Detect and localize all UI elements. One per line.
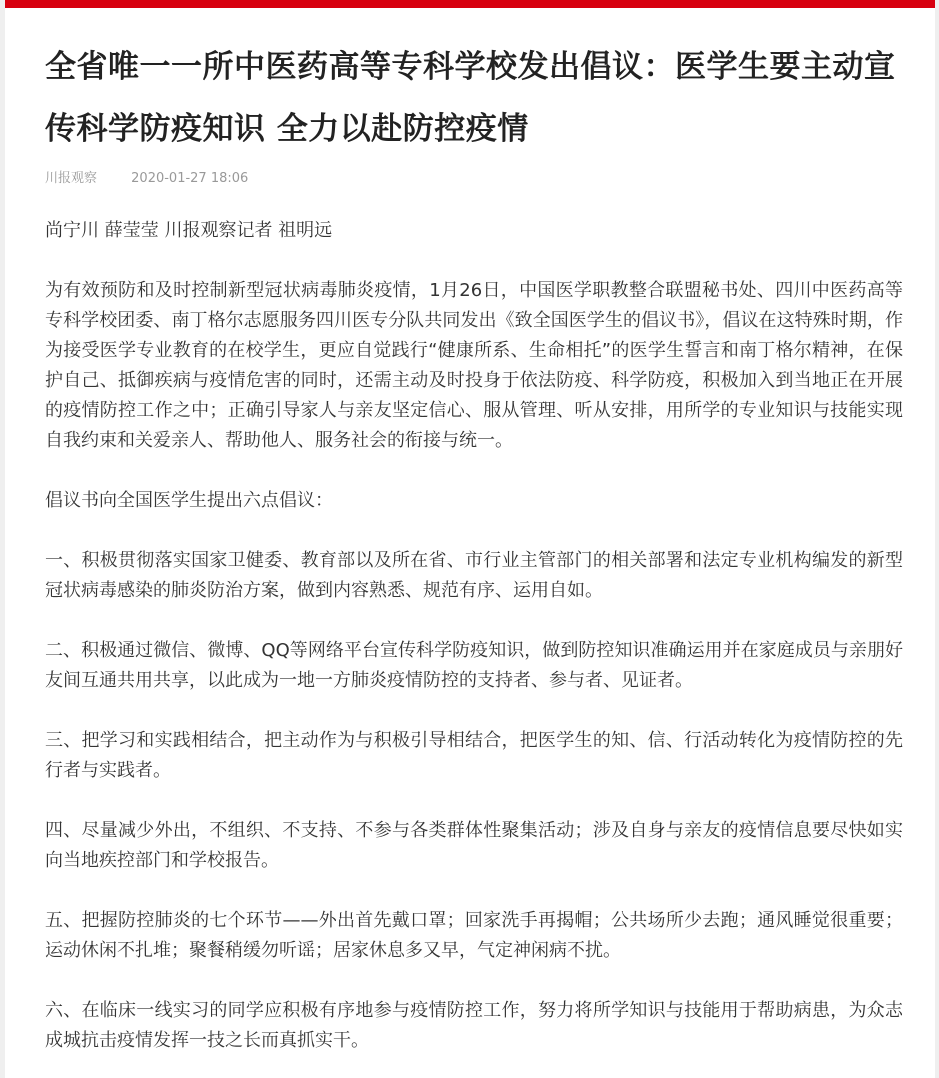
proposal-item-3: 三、把学习和实践相结合，把主动作为与积极引导相结合，把医学生的知、信、行活动转化… [45, 726, 903, 786]
proposal-heading: 倡议书向全国医学生提出六点倡议： [45, 486, 903, 516]
proposal-item-2: 二、积极通过微信、微博、QQ等网络平台宣传科学防疫知识，做到防控知识准确运用并在… [45, 636, 903, 696]
article-source: 川报观察 [45, 171, 97, 186]
proposal-item-1: 一、积极贯彻落实国家卫健委、教育部以及所在省、市行业主管部门的相关部署和法定专业… [45, 546, 903, 606]
intro-paragraph: 为有效预防和及时控制新型冠状病毒肺炎疫情，1月26日，中国医学职教整合联盟秘书处… [45, 276, 903, 456]
article-meta: 川报观察 2020-01-27 18:06 [45, 170, 903, 188]
article-page: 全省唯一一所中医药高等专科学校发出倡议：医学生要主动宣传科学防疫知识 全力以赴防… [5, 0, 935, 1078]
article-datetime: 2020-01-27 18:06 [131, 171, 248, 186]
proposal-item-4: 四、尽量减少外出，不组织、不支持、不参与各类群体性聚集活动；涉及自身与亲友的疫情… [45, 816, 903, 876]
article: 全省唯一一所中医药高等专科学校发出倡议：医学生要主动宣传科学防疫知识 全力以赴防… [45, 36, 903, 1078]
article-title: 全省唯一一所中医药高等专科学校发出倡议：医学生要主动宣传科学防疫知识 全力以赴防… [45, 36, 903, 160]
proposal-item-5: 五、把握防控肺炎的七个环节——外出首先戴口罩；回家洗手再揭帽；公共场所少去跑；通… [45, 906, 903, 966]
article-body: 尚宁川 薛莹莹 川报观察记者 祖明远 为有效预防和及时控制新型冠状病毒肺炎疫情，… [45, 216, 903, 1056]
byline: 尚宁川 薛莹莹 川报观察记者 祖明远 [45, 216, 903, 246]
header-accent-bar [5, 0, 935, 8]
proposal-item-6: 六、在临床一线实习的同学应积极有序地参与疫情防控工作，努力将所学知识与技能用于帮… [45, 996, 903, 1056]
